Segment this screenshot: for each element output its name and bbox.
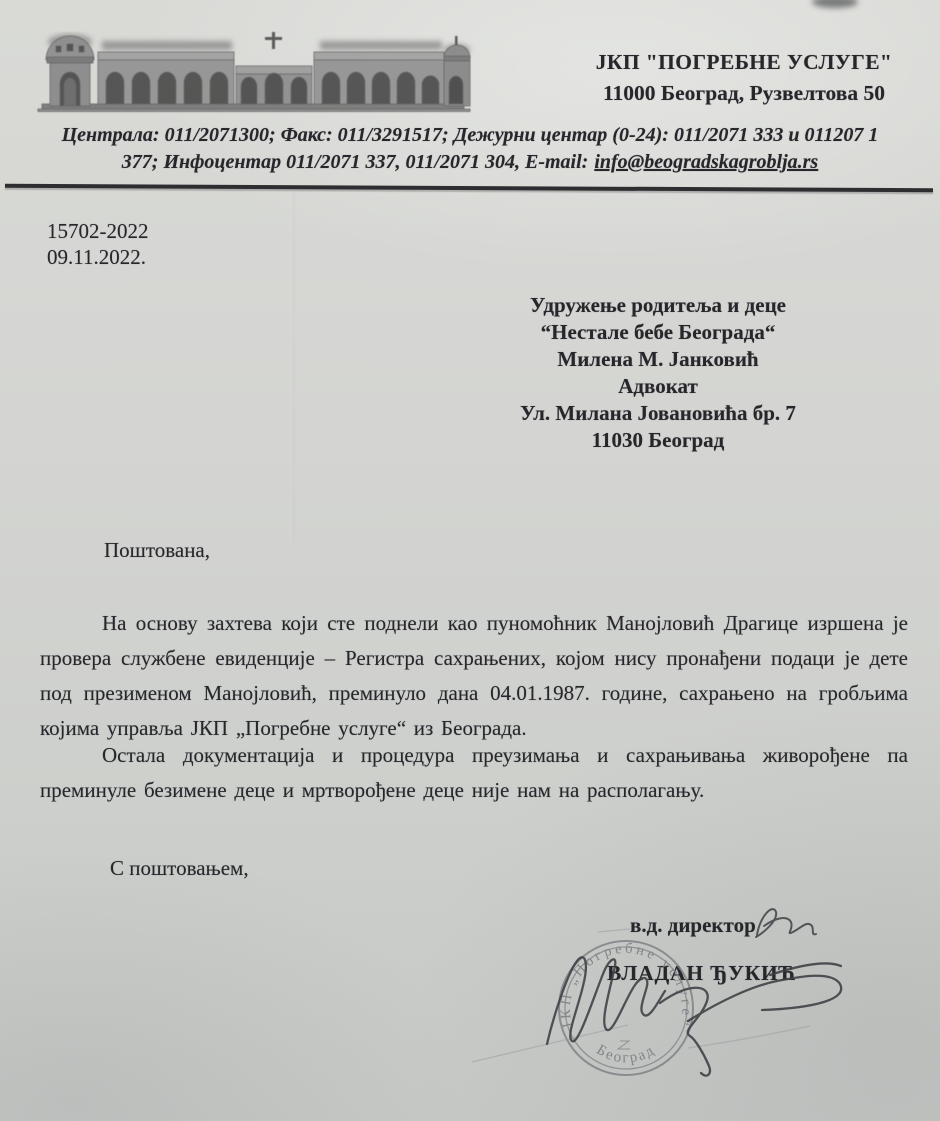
scanned-letter-page: ЈКП "ПОГРЕБНЕ УСЛУГЕ" 11000 Београд, Руз… — [0, 0, 940, 1121]
recipient-organization-name: “Нестале бебе Београда“ — [443, 319, 873, 346]
recipient-street: Ул. Милана Јовановића бр. 7 — [443, 400, 873, 427]
recipient-block: Удружење родитеља и деце “Нестале бебе Б… — [443, 292, 873, 454]
salutation: Поштована, — [40, 538, 908, 563]
signer-title: в.д. директор — [630, 913, 756, 938]
stray-pen-lines — [472, 929, 810, 1062]
reference-number: 15702-2022 — [47, 218, 149, 244]
recipient-organization: Удружење родитеља и деце — [443, 292, 873, 319]
reference-block: 15702-2022 09.11.2022. — [47, 218, 149, 270]
company-address: 11000 Београд, Рузвелтова 50 — [556, 81, 932, 106]
contact-line-2: 377; Инфоцентар 011/2071 337, 011/2071 3… — [10, 149, 930, 176]
recipient-role: Адвокат — [443, 373, 873, 400]
company-block: ЈКП "ПОГРЕБНЕ УСЛУГЕ" 11000 Београд, Руз… — [556, 50, 932, 106]
cemetery-logo-icon — [36, 28, 476, 116]
body-paragraph-2: Остала документација и процедура преузим… — [40, 738, 908, 808]
recipient-person: Милена М. Јанковић — [443, 346, 873, 373]
svg-text:Београд: Београд — [594, 1042, 659, 1066]
signer-name: ВЛАДАН ЂУКИЋ — [607, 961, 797, 986]
company-name: ЈКП "ПОГРЕБНЕ УСЛУГЕ" — [556, 50, 932, 75]
director-initials-icon — [756, 909, 816, 937]
scan-smudge — [812, 0, 858, 8]
reference-date: 09.11.2022. — [47, 244, 149, 270]
contact-line-2-text: 377; Инфоцентар 011/2071 337, 011/2071 3… — [122, 151, 589, 173]
closing-phrase: С поштовањем, — [40, 856, 908, 881]
email-address: info@beogradskagroblja.rs — [594, 151, 818, 173]
contact-info: Централа: 011/2071300; Факс: 011/3291517… — [10, 122, 930, 176]
paper-crease — [291, 192, 294, 542]
contact-line-1: Централа: 011/2071300; Факс: 011/3291517… — [10, 122, 930, 149]
header-divider — [5, 184, 933, 193]
recipient-city: 11030 Београд — [443, 427, 873, 454]
body-paragraph-1: На основу захтева који сте поднели као п… — [40, 606, 908, 746]
stamp-bottom-text: Београд — [594, 1042, 659, 1066]
